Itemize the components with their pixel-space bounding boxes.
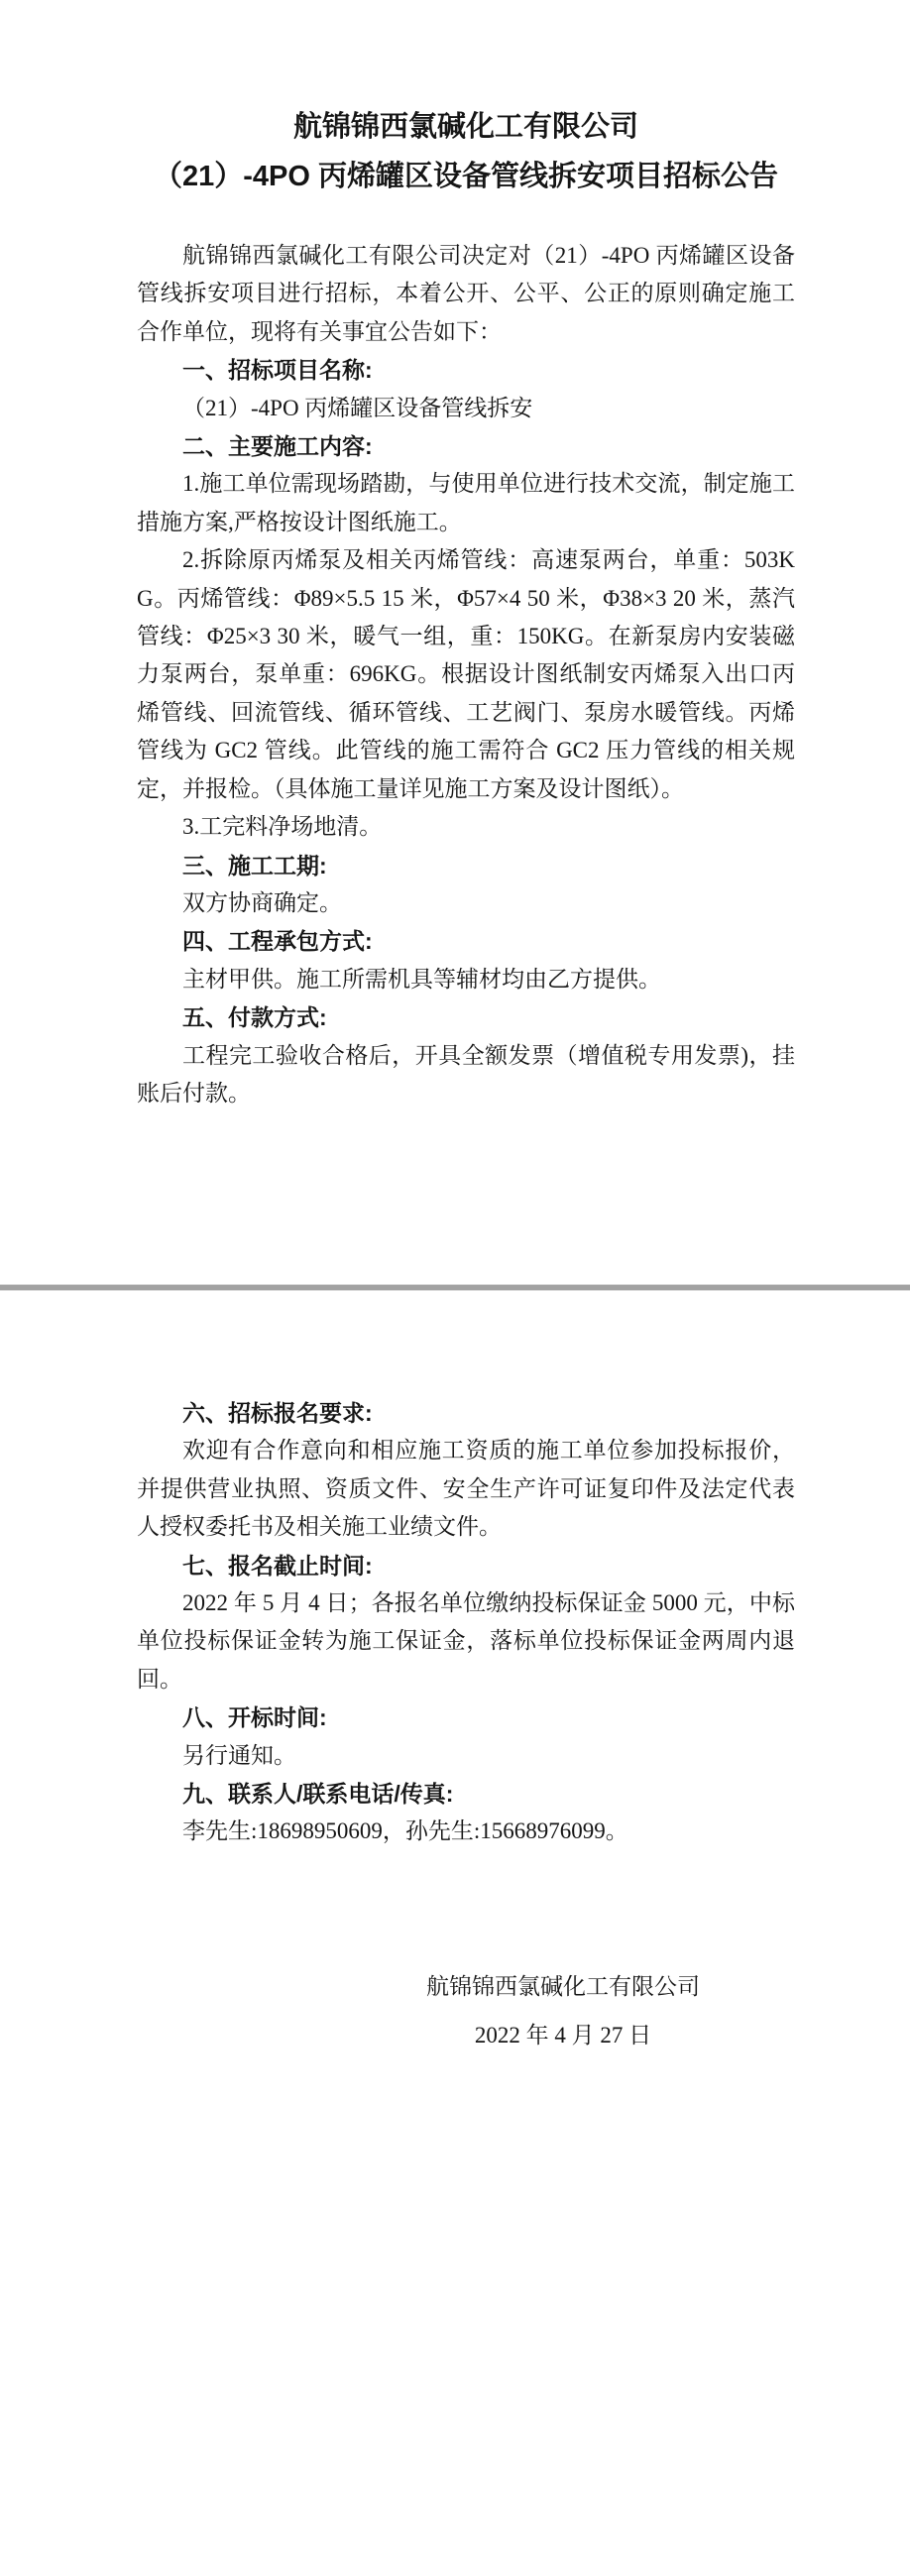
page-1: 航锦锦西氯碱化工有限公司 （21）-4PO 丙烯罐区设备管线拆安项目招标公告 航… [137, 102, 795, 1112]
section-heading: 九、联系人/联系电话/传真: [137, 1775, 795, 1813]
section-paragraph: 工程完工验收合格后，开具全额发票（增值税专用发票)，挂账后付款。 [137, 1037, 795, 1113]
section-paragraph: 3.工完料净场地清。 [137, 808, 795, 846]
section-heading: 八、开标时间: [137, 1698, 795, 1736]
section-heading: 四、工程承包方式: [137, 922, 795, 960]
section-heading: 二、主要施工内容: [137, 427, 795, 465]
intro-paragraph: 航锦锦西氯碱化工有限公司决定对（21）-4PO 丙烯罐区设备管线拆安项目进行招标… [137, 237, 795, 351]
page-2: 六、招标报名要求: 欢迎有合作意向和相应施工资质的施工单位参加投标报价，并提供营… [137, 1394, 795, 2054]
section-4: 四、工程承包方式: 主材甲供。施工所需机具等辅材均由乙方提供。 [137, 922, 795, 998]
section-paragraph: 1.施工单位需现场踏勘，与使用单位进行技术交流，制定施工措施方案,严格按设计图纸… [137, 465, 795, 541]
section-paragraph: 双方协商确定。 [137, 884, 795, 922]
section-heading: 一、招标项目名称: [137, 351, 795, 389]
document-subtitle: （21）-4PO 丙烯罐区设备管线拆安项目招标公告 [137, 152, 795, 201]
section-7: 七、报名截止时间: 2022 年 5 月 4 日；各报名单位缴纳投标保证金 50… [137, 1547, 795, 1699]
section-paragraph: 欢迎有合作意向和相应施工资质的施工单位参加投标报价，并提供营业执照、资质文件、安… [137, 1432, 795, 1546]
section-9: 九、联系人/联系电话/传真: 李先生:18698950609，孙先生:15668… [137, 1775, 795, 1851]
page-break-divider [0, 1284, 910, 1291]
section-3: 三、施工工期: 双方协商确定。 [137, 847, 795, 923]
section-heading: 五、付款方式: [137, 998, 795, 1036]
section-paragraph: （21）-4PO 丙烯罐区设备管线拆安 [137, 390, 795, 427]
section-6: 六、招标报名要求: 欢迎有合作意向和相应施工资质的施工单位参加投标报价，并提供营… [137, 1394, 795, 1547]
section-heading: 三、施工工期: [137, 847, 795, 884]
section-5: 五、付款方式: 工程完工验收合格后，开具全额发票（增值税专用发票)，挂账后付款。 [137, 998, 795, 1112]
section-heading: 六、招标报名要求: [137, 1394, 795, 1432]
section-paragraph: 李先生:18698950609，孙先生:15668976099。 [137, 1813, 795, 1850]
section-8: 八、开标时间: 另行通知。 [137, 1698, 795, 1775]
section-heading: 七、报名截止时间: [137, 1547, 795, 1584]
signature-company: 航锦锦西氯碱化工有限公司 [331, 1968, 795, 2006]
section-paragraph: 主材甲供。施工所需机具等辅材均由乙方提供。 [137, 961, 795, 998]
section-paragraph: 2022 年 5 月 4 日；各报名单位缴纳投标保证金 5000 元，中标单位投… [137, 1584, 795, 1698]
title-body-spacer [137, 201, 795, 237]
section-paragraph: 2.拆除原丙烯泵及相关丙烯管线：高速泵两台，单重：503KG。丙烯管线：Φ89×… [137, 541, 795, 808]
signature-block: 航锦锦西氯碱化工有限公司 2022 年 4 月 27 日 [331, 1968, 795, 2054]
section-2: 二、主要施工内容: 1.施工单位需现场踏勘，与使用单位进行技术交流，制定施工措施… [137, 427, 795, 846]
document-title: 航锦锦西氯碱化工有限公司 [137, 102, 795, 152]
section-1: 一、招标项目名称: （21）-4PO 丙烯罐区设备管线拆安 [137, 351, 795, 427]
signature-date: 2022 年 4 月 27 日 [331, 2017, 795, 2054]
section-paragraph: 另行通知。 [137, 1737, 795, 1775]
